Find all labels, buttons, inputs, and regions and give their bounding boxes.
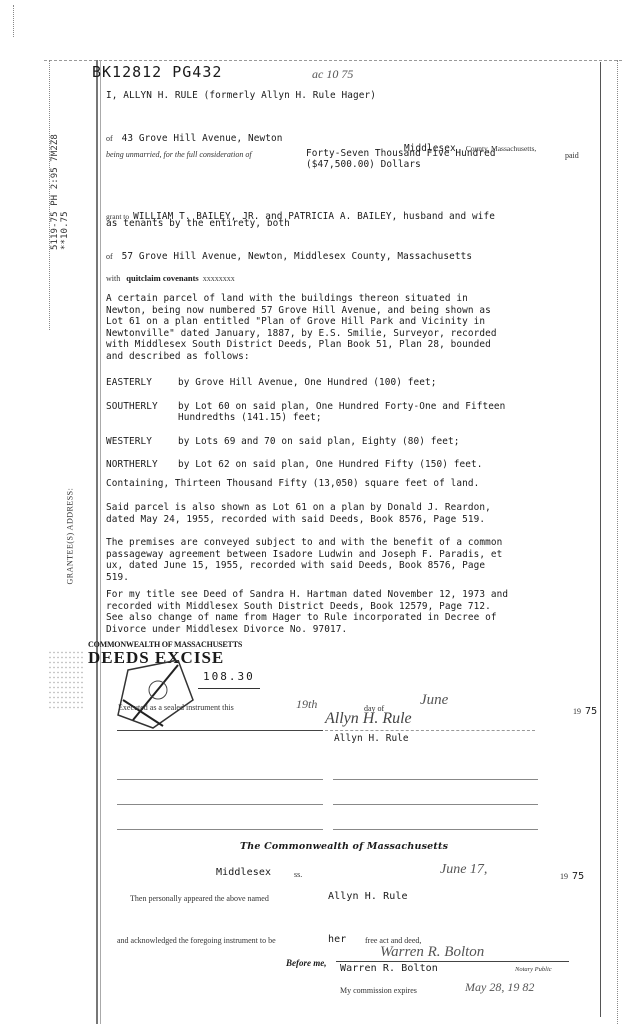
bound-southerly: SOUTHERLYby Lot 60 on said plan, One Hun… <box>106 401 505 424</box>
signature-line-left-1 <box>117 730 323 731</box>
far-right-border <box>617 60 618 1024</box>
bound-direction: NORTHERLY <box>106 459 178 471</box>
subject-to-line: passageway agreement between Isadore Lud… <box>106 549 502 561</box>
acknowledged-label: and acknowledged the foregoing instrumen… <box>117 936 276 945</box>
signature-line-right-4 <box>333 829 538 830</box>
signature-line-right-3 <box>333 804 538 805</box>
notary-signature-line <box>336 961 569 962</box>
bound-description: by Grove Hill Avenue, One Hundred (100) … <box>178 377 437 389</box>
description-line: Newtonville" dated January, 1887, by E.S… <box>106 328 497 340</box>
description-paragraph: A certain parcel of land with the buildi… <box>106 293 497 363</box>
title-reference-line: See also change of name from Hager to Ru… <box>106 612 508 624</box>
bound-description: by Lots 69 and 70 on said plan, Eighty (… <box>178 436 459 448</box>
year-prefix: 19 <box>573 707 581 716</box>
struck-text: xxxxxxxx <box>203 274 235 283</box>
signature-line-left-4 <box>117 829 323 830</box>
ack-year-prefix: 19 <box>560 872 568 881</box>
grantor-signature: Allyn H. Rule <box>325 710 412 728</box>
subject-to-line: ux, dated June 15, 1955, recorded with s… <box>106 560 502 572</box>
appeared-label: Then personally appeared the above named <box>130 894 269 903</box>
grantor-address: 43 Grove Hill Avenue, Newton <box>122 133 283 144</box>
subject-to-line: 519. <box>106 572 502 584</box>
grantee-address: 57 Grove Hill Avenue, Newton, Middlesex … <box>122 251 472 262</box>
title-reference-line: Divorce under Middlesex Divorce No. 9701… <box>106 624 508 636</box>
description-line: Newton, being now numbered 57 Grove Hill… <box>106 305 497 317</box>
year-value: 75 <box>585 706 597 717</box>
signature-line-right-2 <box>333 779 538 780</box>
covenant-line: with quitclaim covenants xxxxxxxx <box>106 268 235 286</box>
bound-direction: EASTERLY <box>106 377 178 389</box>
title-reference-line: recorded with Middlesex South District D… <box>106 601 508 613</box>
stamp-amount: 108.30 <box>203 670 255 683</box>
execution-label: Executed as a sealed instrument this <box>118 703 234 712</box>
acknowledgment-heading: The Commonwealth of Massachusetts <box>240 841 448 852</box>
left-top-ticks <box>13 5 14 37</box>
bound-direction: WESTERLY <box>106 436 178 448</box>
grantor-printed-name: Allyn H. Rule <box>334 733 409 744</box>
stamp-amount-underline <box>198 688 260 689</box>
bound-direction: SOUTHERLY <box>106 401 178 424</box>
stamp-speckle <box>48 650 83 710</box>
execution-month: June <box>420 692 448 709</box>
pronoun: her <box>328 934 346 945</box>
book-page-number: BK12812 PG432 <box>92 63 222 81</box>
description-line: A certain parcel of land with the buildi… <box>106 293 497 305</box>
description-line: Lot 61 on a plan entitled "Plan of Grove… <box>106 316 497 328</box>
left-margin-rule <box>96 60 98 1024</box>
notary-printed-name: Warren R. Bolton <box>340 963 438 974</box>
title-reference-line: For my title see Deed of Sandra H. Hartm… <box>106 589 508 601</box>
ss-label: ss. <box>294 870 302 879</box>
of-label-2: of <box>106 252 113 261</box>
bound-westerly: WESTERLYby Lots 69 and 70 on said plan, … <box>106 436 505 448</box>
commission-label: My commission expires <box>340 986 417 995</box>
with-label: with <box>106 274 120 283</box>
stamp-seal-graphic <box>108 660 198 730</box>
ack-year: 19 75 <box>560 866 584 884</box>
paid-label: paid <box>565 151 579 160</box>
title-reference-paragraph: For my title see Deed of Sandra H. Hartm… <box>106 589 508 635</box>
of-label: of <box>106 134 113 143</box>
bound-description: by Lot 60 on said plan, One Hundred Fort… <box>178 401 505 424</box>
bounds-list: EASTERLYby Grove Hill Avenue, One Hundre… <box>106 377 505 483</box>
signature-line-left-3 <box>117 804 323 805</box>
left-margin-rule-inner <box>100 60 101 1024</box>
grantee-address-line: of 57 Grove Hill Avenue, Newton, Middles… <box>106 246 472 264</box>
execution-year: 19 75 <box>573 701 597 719</box>
grantor-status: being unmarried, for the full considerat… <box>106 150 252 159</box>
description-line: and described as follows: <box>106 351 497 363</box>
grantee-line-2: as tenants by the entirety, both <box>106 218 290 229</box>
notary-title: Notary Public <box>515 966 552 973</box>
bound-northerly: NORTHERLYby Lot 62 on said plan, One Hun… <box>106 459 505 471</box>
grantor-intro: I, ALLYN H. RULE (formerly Allyn H. Rule… <box>106 90 376 101</box>
quitclaim-covenants: quitclaim covenants <box>126 273 199 283</box>
ack-year-value: 75 <box>572 871 584 882</box>
recording-margin-stamp: 5119-75 PH 2:95 7M2Z8 **10.75 <box>50 90 70 250</box>
grantee-address-side-label: GRANTEE(S) ADDRESS: <box>66 465 75 585</box>
also-shown-paragraph: Said parcel is also shown as Lot 61 on a… <box>106 502 491 525</box>
also-shown-line: dated May 24, 1955, recorded with said D… <box>106 514 491 526</box>
signature-line-left-2 <box>117 779 323 780</box>
ack-county: Middlesex <box>216 867 271 878</box>
consideration-amount: ($47,500.00) Dollars <box>306 159 421 170</box>
consideration-words: Forty-Seven Thousand Five Hundred <box>306 148 496 159</box>
grantor-address-line: of 43 Grove Hill Avenue, Newton <box>106 128 283 146</box>
notary-signature: Warren R. Bolton <box>380 944 484 961</box>
execution-day: 19th <box>296 697 317 712</box>
before-me-label: Before me, <box>286 958 327 968</box>
containing-line: Containing, Thirteen Thousand Fifty (13,… <box>106 478 479 489</box>
ack-date: June 17, <box>440 862 487 878</box>
top-border <box>44 60 622 61</box>
subject-to-line: The premises are conveyed subject to and… <box>106 537 502 549</box>
also-shown-line: Said parcel is also shown as Lot 61 on a… <box>106 502 491 514</box>
subject-to-paragraph: The premises are conveyed subject to and… <box>106 537 502 583</box>
description-line: with Middlesex South District Deeds, Pla… <box>106 339 497 351</box>
handwritten-reference: ac 10 75 <box>312 67 353 82</box>
signature-line-right-1 <box>325 730 535 731</box>
deeds-excise-stamp: COMMONWEALTH OF MASSACHUSETTS DEEDS EXCI… <box>48 640 278 730</box>
right-border <box>600 62 601 1017</box>
bound-description: by Lot 62 on said plan, One Hundred Fift… <box>178 459 482 471</box>
bound-easterly: EASTERLYby Grove Hill Avenue, One Hundre… <box>106 377 505 389</box>
appeared-name: Allyn H. Rule <box>328 891 408 902</box>
commission-date: May 28, 19 82 <box>465 980 534 995</box>
